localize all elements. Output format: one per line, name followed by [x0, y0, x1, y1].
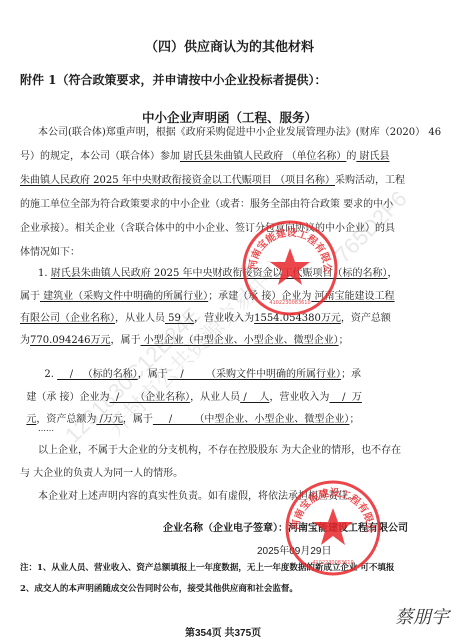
- label: 属于: [20, 291, 40, 302]
- item1-line-2: 属于 建筑业（采购文件中明确的所属行业）；承建（承 接）企业为 河南宝能建设工程: [20, 291, 395, 303]
- label: ，属于: [123, 414, 153, 425]
- punct: ；: [339, 335, 349, 346]
- item2-revenue: 元: [26, 414, 36, 425]
- label: ，从业人员: [115, 313, 165, 324]
- intro-text: 的: [346, 151, 356, 162]
- item2-line-1: 2. / （标的名称），属于 / （采购文件中明确的所属行业）；承: [38, 357, 361, 381]
- page-footer: 第354页 共375页: [185, 624, 261, 639]
- intro-text: 号）的规定，本公司（联合体）参加: [20, 151, 180, 162]
- letter-title: 中小企业声明函（工程、服务）: [142, 108, 317, 126]
- handwritten-signature: 蔡朋宇: [395, 603, 449, 629]
- purchaser-name: 尉氏县朱曲镇人民政府 （单位名称）: [180, 151, 346, 162]
- statement-2: 本企业对上述声明内容的真实性负责。如有虚假，将依法承担相应责任。: [38, 491, 358, 503]
- label: 为: [20, 335, 30, 346]
- item-number: 2.: [44, 369, 54, 380]
- attachment-title: 附件 1（符合政策要求，并申请按中小企业投标者提供）：: [20, 71, 327, 88]
- label: ；承建（承 接）企业为: [208, 291, 311, 302]
- punct: ，: [388, 268, 398, 279]
- sign-date: 2025年09月29日: [257, 542, 332, 557]
- project-name: 朱曲镇人民政府 2025 年中央财政衔接资金以工代赈项目 （项目名称）: [20, 175, 335, 186]
- intro-text: 采购活动，工程: [335, 175, 405, 186]
- label: ，属于: [138, 369, 168, 380]
- item1-company: 有限公司（企业名称）: [20, 313, 115, 324]
- signature-line: 企业名称（企业电子签章）：河南宝能建设工程有限公司: [163, 519, 408, 534]
- intro-line-2: 号）的规定，本公司（联合体）参加 尉氏县朱曲镇人民政府 （单位名称）的 尉氏县: [20, 151, 390, 163]
- punct: ；: [349, 414, 359, 425]
- note-2: 2、成交人的本声明函随成交公告同时公布，接受其他供应商和社会监督。: [20, 582, 298, 594]
- intro-line-5: 企业承接）。相关企业（含联合体中的中小企业、签订分包意向协议的中小企业）的具: [20, 223, 395, 235]
- project-name: 尉氏县: [356, 151, 389, 162]
- item1-staff: 59 人: [165, 313, 194, 324]
- item1-industry: 建筑业（采购文件中明确的所属行业）: [40, 291, 208, 302]
- statement-1-line-1: 以上企业，不属于大企业的分支机构，不存在控股股东 为大企业的情形，也不存在: [38, 445, 401, 457]
- label: ，资产总额: [341, 313, 391, 324]
- label: ；承: [341, 369, 361, 380]
- item2-type: / （中型企业、小型企业、微型企业）: [153, 414, 350, 425]
- item1-company: 河南宝能建设工程: [311, 291, 394, 302]
- ellipsis: ……: [38, 423, 54, 435]
- item1-assets: 770.094246万元: [30, 335, 110, 346]
- intro-line-1: 本公司(联合体)郑重声明，根据《政府采购促进中小企业发展管理办法》(财库（202…: [38, 127, 441, 139]
- signature-label: 企业名称（企业电子签章）：: [163, 523, 288, 534]
- item2-line-2: 建（承 接）企业为 / （企业名称），从业人员 / 人，营业收入为 / 万: [20, 380, 362, 404]
- item2-subject: / （标的名称）: [57, 369, 138, 380]
- item-number: 1.: [38, 268, 48, 279]
- intro-line-4: 的施工单位全部为符合政策要求的中小企业（或者：服务全部由符合政策 要求的中小: [20, 199, 393, 211]
- label: ，营业收入为: [194, 313, 254, 324]
- note-1: 注：1、从业人员、营业收入、资产总额填报上一年度数据，无上一年度数据的新成立企业…: [20, 561, 394, 573]
- item1-type: 小型企业（中型企业、小型企业、微型企业）: [140, 335, 338, 346]
- item2-industry: / （采购文件中明确的所属行业）: [168, 369, 341, 380]
- item2-line-3: 元，资产总额为 /万元，属于 / （中型企业、小型企业、微型企业）；: [20, 402, 359, 426]
- company-name: 河南宝能建设工程有限公司: [288, 523, 408, 534]
- intro-line-6: 体情况如下：: [20, 247, 80, 259]
- label: ，属于: [110, 335, 140, 346]
- item1-revenue: 1554.054380万元: [254, 313, 341, 324]
- item1-line-3: 有限公司（企业名称），从业人员 59 人，营业收入为1554.054380万元，…: [20, 313, 391, 325]
- statement-1-line-2: 与 大企业的负责人为同一人的情形。: [20, 468, 183, 480]
- section-title: （四）供应商认为的其他材料: [145, 36, 314, 55]
- item1-line-1: 1. 尉氏县朱曲镇人民政府 2025 年中央财政衔接资金以工代赈项目（标的名称）…: [38, 268, 398, 280]
- intro-line-3: 朱曲镇人民政府 2025 年中央财政衔接资金以工代赈项目 （项目名称）采购活动，…: [20, 175, 405, 187]
- item2-assets: /万元: [96, 414, 123, 425]
- item1-subject: 尉氏县朱曲镇人民政府 2025 年中央财政衔接资金以工代赈项目（标的名称）: [51, 268, 388, 279]
- item1-line-4: 为770.094246万元，属于 小型企业（中型企业、小型企业、微型企业）；: [20, 335, 349, 347]
